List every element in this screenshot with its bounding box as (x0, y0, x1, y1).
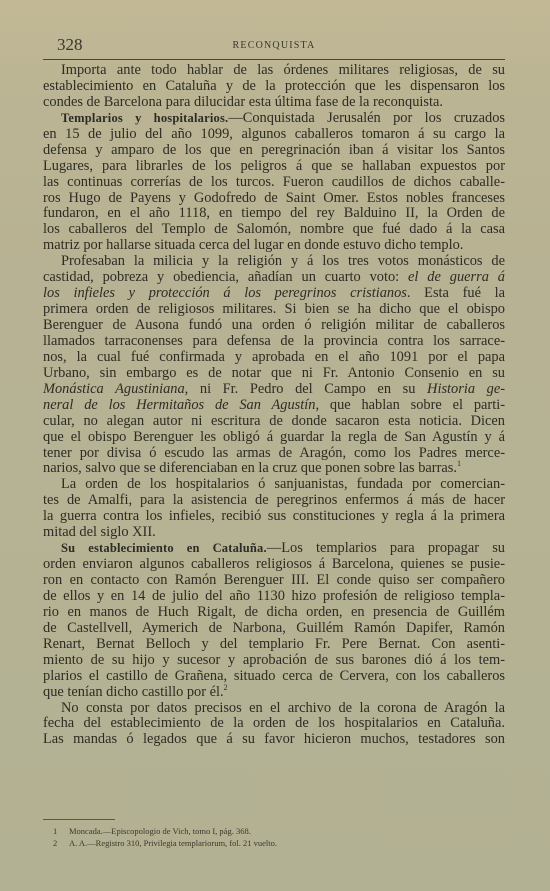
text-line: narios, salvo que se diferenciaban en la… (43, 461, 505, 477)
text-line: Urbano, sin embargo es de notar que ni F… (43, 366, 505, 382)
text-line: primera orden de religiosos militares. S… (43, 302, 505, 318)
line-text: que el obispo Berenguer les obligó á gua… (43, 429, 505, 445)
header-rule (43, 59, 505, 60)
footnote-2: 2A. A.—Registro 310, Privilegia templari… (53, 838, 277, 848)
text-line: Renart, Bernat Belloch y del templario F… (43, 637, 505, 653)
line-text: defensa y amparo de los que en peregrina… (43, 142, 505, 158)
text-line: matriz por hallarse situada cerca del lu… (43, 238, 505, 254)
text-line: las continuas correrías de los turcos. F… (43, 175, 505, 191)
line-text: , ni Fr. Pedro del Campo en su (185, 381, 427, 397)
line-text: que tenían dicho castillo por él. (43, 684, 224, 700)
text-line: de Castellvell, Aymerich de Narbona, Gui… (43, 621, 505, 637)
line-text: Lugares, para librarles de los peligros … (43, 158, 505, 174)
line-text: La orden de los hospitalarios ó sanjuani… (61, 476, 505, 492)
text-line: Lugares, para librarles de los peligros … (43, 159, 505, 175)
line-text: establecimiento en Cataluña y de la prot… (43, 78, 505, 94)
italic-text: el de guerra á (408, 269, 505, 285)
text-line: en 15 de julio del año 1099, algunos cab… (43, 127, 505, 143)
line-text: ron en contacto con Ramón Berenguer III.… (43, 572, 505, 588)
line-text: tener por divisa ó escudo las armas de A… (43, 445, 505, 461)
line-text: Berenguer de Ausona fundó una orden ó re… (43, 317, 505, 333)
text-line: orden enviaron algunos caballeros religi… (43, 557, 505, 573)
text-line: nos, la cual fué confirmada y aprobada e… (43, 350, 505, 366)
text-line: Su establecimiento en Cataluña.—Los temp… (43, 541, 505, 557)
line-text: . Esta fué la (407, 285, 505, 301)
text-line: condes de Barcelona para dilucidar esta … (43, 95, 505, 111)
line-text: cular, no alegan autor ni escritura de d… (43, 413, 505, 429)
line-text: ros Hugo de Payens y Godofredo de Saint … (43, 190, 505, 206)
line-text: Profesaban la milicia y la religión y á … (61, 253, 505, 269)
line-text: Las mandas ó legados que á su favor hici… (43, 731, 505, 747)
text-line: Profesaban la milicia y la religión y á … (43, 254, 505, 270)
text-line: ros Hugo de Payens y Godofredo de Saint … (43, 191, 505, 207)
body-text: Importa ante todo hablar de las órdenes … (43, 63, 505, 748)
running-head: RECONQUISTA (43, 40, 505, 51)
text-line: Berenguer de Ausona fundó una orden ó re… (43, 318, 505, 334)
text-line: los infieles y protección á los peregrin… (43, 286, 505, 302)
line-text: primera orden de religiosos militares. S… (43, 301, 505, 317)
line-text: Renart, Bernat Belloch y del templario F… (43, 636, 505, 652)
section-heading: Su establecimiento en Cataluña. (61, 541, 267, 555)
italic-text: Historia ge- (427, 381, 505, 397)
line-text: los caballeros del Templo de Salomón, no… (43, 221, 505, 237)
text-line: Templarios y hospitalarios.—Conquistada … (43, 111, 505, 127)
line-text: , que hablan sobre el parti- (315, 397, 505, 413)
line-text: fundaron, en el año 1118, en tiempo del … (43, 205, 505, 221)
footnote-rule (43, 819, 115, 820)
text-line: fecha del establecimiento de la orden de… (43, 716, 505, 732)
line-text: de Castellvell, Aymerich de Narbona, Gui… (43, 620, 505, 636)
line-text: las continuas correrías de los turcos. F… (43, 174, 505, 190)
text-line: No consta por datos precisos en el archi… (43, 701, 505, 717)
line-text: en 15 de julio del año 1099, algunos cab… (43, 126, 505, 142)
line-text: llamados tarraconenses para defensa de l… (43, 333, 505, 349)
text-line: La orden de los hospitalarios ó sanjuani… (43, 477, 505, 493)
line-text: Urbano, sin embargo es de notar que ni F… (43, 365, 505, 381)
text-line: miento de su hijo y sucesor y aprobación… (43, 653, 505, 669)
text-line: tes de Amalfi, para la asistencia de per… (43, 493, 505, 509)
text-line: plarios el castillo de Grañena, situado … (43, 669, 505, 685)
text-line: ron en contacto con Ramón Berenguer III.… (43, 573, 505, 589)
text-line: que el obispo Berenguer les obligó á gua… (43, 430, 505, 446)
line-text: condes de Barcelona para dilucidar esta … (43, 94, 443, 110)
text-line: cular, no alegan autor ni escritura de d… (43, 414, 505, 430)
line-text: nos, la cual fué confirmada y aprobada e… (43, 349, 505, 365)
line-text: fecha del establecimiento de la orden de… (43, 715, 505, 731)
text-line: que tenían dicho castillo por él.2 (43, 685, 505, 701)
text-line: los caballeros del Templo de Salomón, no… (43, 222, 505, 238)
line-text: castidad, pobreza y obediencia, añadían … (43, 269, 408, 285)
line-text: No consta por datos precisos en el archi… (61, 700, 505, 716)
text-line: Las mandas ó legados que á su favor hici… (43, 732, 505, 748)
text-line: defensa y amparo de los que en peregrina… (43, 143, 505, 159)
italic-text: los infieles y protección á los peregrin… (43, 285, 407, 301)
footnote-ref: 1 (457, 460, 461, 469)
line-text: tes de Amalfi, para la asistencia de per… (43, 492, 505, 508)
line-text: mitad del siglo XII. (43, 524, 156, 540)
line-text: de ellos y en 14 de julio del año 1130 h… (43, 588, 505, 604)
text-line: establecimiento en Cataluña y de la prot… (43, 79, 505, 95)
text-line: Monástica Agustiniana, ni Fr. Pedro del … (43, 382, 505, 398)
footnote-ref: 2 (224, 683, 228, 692)
text-line: fundaron, en el año 1118, en tiempo del … (43, 206, 505, 222)
line-text: miento de su hijo y sucesor y aprobación… (43, 652, 505, 668)
line-text: rio en manos de Huch Rigalt, de dicha or… (43, 604, 505, 620)
line-text: plarios el castillo de Grañena, situado … (43, 668, 505, 684)
text-line: la guerra contra los infieles, recibió s… (43, 509, 505, 525)
line-text: narios, salvo que se diferenciaban en la… (43, 460, 457, 476)
text-line: neral de los Hermitaños de San Agustín, … (43, 398, 505, 414)
text-line: llamados tarraconenses para defensa de l… (43, 334, 505, 350)
page-header: 328 RECONQUISTA (43, 35, 505, 55)
line-text: —Conquistada Jerusalén por los cruzados (228, 110, 505, 126)
section-heading: Templarios y hospitalarios. (61, 111, 228, 125)
text-line: de ellos y en 14 de julio del año 1130 h… (43, 589, 505, 605)
italic-text: neral de los Hermitaños de San Agustín (43, 397, 315, 413)
line-text: —Los templarios para propagar su (267, 540, 505, 556)
line-text: Importa ante todo hablar de las órdenes … (61, 62, 505, 78)
text-line: castidad, pobreza y obediencia, añadían … (43, 270, 505, 286)
text-line: mitad del siglo XII. (43, 525, 505, 541)
line-text: orden enviaron algunos caballeros religi… (43, 556, 505, 572)
text-line: rio en manos de Huch Rigalt, de dicha or… (43, 605, 505, 621)
line-text: la guerra contra los infieles, recibió s… (43, 508, 505, 524)
line-text: matriz por hallarse situada cerca del lu… (43, 237, 463, 253)
footnote-1: 1Moncada.—Episcopologio de Vich, tomo I,… (53, 826, 251, 836)
text-line: Importa ante todo hablar de las órdenes … (43, 63, 505, 79)
italic-text: Monástica Agustiniana (43, 381, 185, 397)
